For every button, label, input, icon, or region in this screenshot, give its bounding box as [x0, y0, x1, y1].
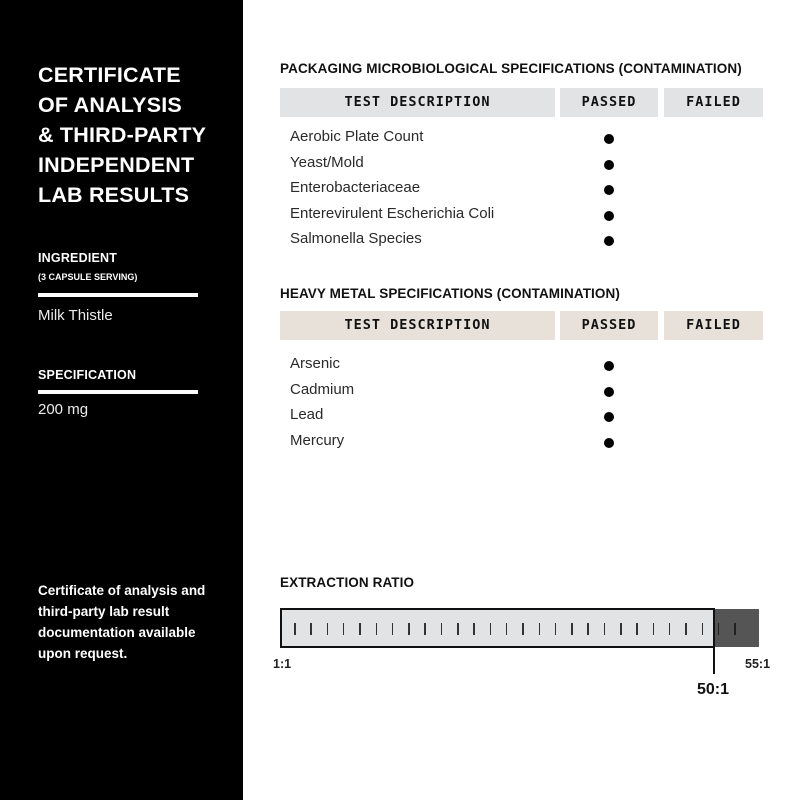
- ratio-value-marker: [713, 646, 715, 674]
- ratio-tick: [718, 623, 720, 635]
- ratio-tick: [587, 623, 589, 635]
- title-line: OF ANALYSIS: [38, 90, 238, 120]
- ratio-tick: [669, 623, 671, 635]
- ratio-tick: [571, 623, 573, 635]
- sidebar: CERTIFICATE OF ANALYSIS & THIRD-PARTY IN…: [0, 0, 243, 800]
- ratio-tick: [310, 623, 312, 635]
- availability-note: Certificate of analysis and third-party …: [38, 580, 218, 664]
- table-row: Yeast/Mold: [290, 154, 760, 180]
- passed-dot-icon: [604, 211, 614, 221]
- title-line: INDEPENDENT: [38, 150, 238, 180]
- ratio-value-label: 50:1: [697, 681, 729, 699]
- ratio-tick: [473, 623, 475, 635]
- ratio-tick: [424, 623, 426, 635]
- test-name: Mercury: [290, 432, 344, 449]
- ratio-tick: [441, 623, 443, 635]
- extraction-ratio-title: EXTRACTION RATIO: [280, 575, 414, 590]
- test-name: Arsenic: [290, 355, 340, 372]
- table-row: Arsenic: [290, 355, 760, 381]
- table-row: Aerobic Plate Count: [290, 128, 760, 154]
- specification-label: SPECIFICATION: [38, 368, 136, 382]
- ratio-tick: [555, 623, 557, 635]
- passed-dot-icon: [604, 160, 614, 170]
- ratio-tick: [522, 623, 524, 635]
- ratio-tick: [685, 623, 687, 635]
- title-line: LAB RESULTS: [38, 180, 238, 210]
- heavy-metals-title: HEAVY METAL SPECIFICATIONS (CONTAMINATIO…: [280, 286, 620, 301]
- table-row: Enterevirulent Escherichia Coli: [290, 205, 760, 231]
- divider: [38, 293, 198, 297]
- passed-dot-icon: [604, 438, 614, 448]
- ratio-tick: [604, 623, 606, 635]
- ratio-tick: [620, 623, 622, 635]
- ratio-tick: [506, 623, 508, 635]
- table-row: Salmonella Species: [290, 230, 760, 256]
- heavy-metals-table-header: TEST DESCRIPTION PASSED FAILED: [280, 311, 763, 340]
- ratio-tick: [376, 623, 378, 635]
- test-name: Salmonella Species: [290, 230, 422, 247]
- title-line: CERTIFICATE: [38, 60, 238, 90]
- ratio-fill: [280, 608, 715, 648]
- passed-dot-icon: [604, 387, 614, 397]
- microbiological-table-header: TEST DESCRIPTION PASSED FAILED: [280, 88, 763, 117]
- column-test-description: TEST DESCRIPTION: [280, 88, 555, 117]
- heavy-metals-table-body: ArsenicCadmiumLeadMercury: [290, 355, 760, 457]
- specification-value: 200 mg: [38, 401, 88, 418]
- ratio-tick: [734, 623, 736, 635]
- passed-dot-icon: [604, 361, 614, 371]
- test-name: Enterevirulent Escherichia Coli: [290, 205, 494, 222]
- column-failed: FAILED: [664, 88, 763, 117]
- ingredient-label: INGREDIENT: [38, 251, 117, 265]
- page-title: CERTIFICATE OF ANALYSIS & THIRD-PARTY IN…: [38, 60, 238, 210]
- passed-dot-icon: [604, 412, 614, 422]
- divider: [38, 390, 198, 394]
- passed-dot-icon: [604, 134, 614, 144]
- passed-dot-icon: [604, 185, 614, 195]
- column-failed: FAILED: [664, 311, 763, 340]
- extraction-ratio-bar: [280, 608, 759, 648]
- ratio-tick: [392, 623, 394, 635]
- column-passed: PASSED: [560, 88, 658, 117]
- ratio-tick: [702, 623, 704, 635]
- table-row: Enterobacteriaceae: [290, 179, 760, 205]
- ratio-min-label: 1:1: [273, 657, 291, 671]
- table-row: Lead: [290, 406, 760, 432]
- column-passed: PASSED: [560, 311, 658, 340]
- ratio-tick: [457, 623, 459, 635]
- microbiological-title: PACKAGING MICROBIOLOGICAL SPECIFICATIONS…: [280, 61, 742, 76]
- ratio-tick: [294, 623, 296, 635]
- passed-dot-icon: [604, 236, 614, 246]
- ratio-tick: [490, 623, 492, 635]
- ratio-remainder: [713, 609, 759, 647]
- table-row: Mercury: [290, 432, 760, 458]
- test-name: Cadmium: [290, 381, 354, 398]
- ratio-tick: [653, 623, 655, 635]
- ratio-tick: [539, 623, 541, 635]
- table-row: Cadmium: [290, 381, 760, 407]
- test-name: Aerobic Plate Count: [290, 128, 423, 145]
- serving-label: (3 CAPSULE SERVING): [38, 272, 137, 282]
- test-name: Yeast/Mold: [290, 154, 364, 171]
- ratio-tick: [327, 623, 329, 635]
- ratio-tick: [343, 623, 345, 635]
- ratio-max-label: 55:1: [745, 657, 770, 671]
- ratio-tick: [408, 623, 410, 635]
- ingredient-value: Milk Thistle: [38, 307, 113, 324]
- test-name: Enterobacteriaceae: [290, 179, 420, 196]
- test-name: Lead: [290, 406, 323, 423]
- column-test-description: TEST DESCRIPTION: [280, 311, 555, 340]
- ratio-tick: [636, 623, 638, 635]
- ratio-tick: [359, 623, 361, 635]
- title-line: & THIRD-PARTY: [38, 120, 238, 150]
- microbiological-table-body: Aerobic Plate CountYeast/MoldEnterobacte…: [290, 128, 760, 256]
